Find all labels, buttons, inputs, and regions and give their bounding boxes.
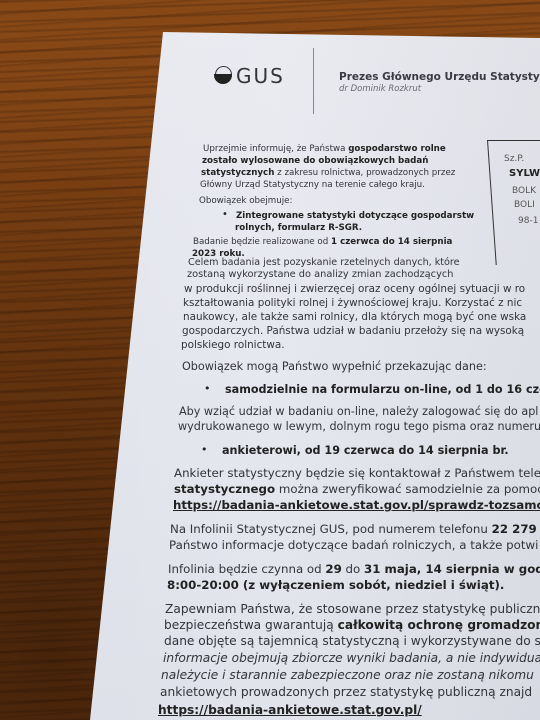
sender-name: dr Dominik Rozkrut bbox=[339, 84, 421, 94]
purpose-line-2: zostaną wykorzystane do analizy zmian za… bbox=[187, 269, 453, 281]
period-line-1: Badanie będzie realizowane od 1 czerwca … bbox=[193, 236, 452, 248]
intro-line-1: Uprzejmie informuję, że Państwa gospodar… bbox=[203, 143, 446, 155]
purpose-line-4: kształtowania polityki rolnej i żywności… bbox=[183, 296, 522, 310]
intro-line-2: zostało wylosowane do obowiązkowych bada… bbox=[202, 155, 428, 167]
purpose-line-3: w produkcji roślinnej i zwierzęcej oraz … bbox=[184, 282, 525, 296]
infoline-line-2: Państwo informacje dotyczące badań rolni… bbox=[169, 537, 538, 553]
sender-title: Prezes Głównego Urzędu Statystycznego bbox=[339, 71, 540, 83]
letter-content: GUS Prezes Głównego Urzędu Statystyczneg… bbox=[0, 0, 540, 720]
privacy-line-6: ankietowych prowadzonych przez statystyk… bbox=[160, 684, 532, 701]
gus-logo-icon bbox=[214, 66, 232, 86]
method-online-desc-1: Aby wziąć udział w badaniu on-line, nale… bbox=[179, 404, 538, 419]
privacy-line-2: bezpieczeństwa gwarantują całkowitą ochr… bbox=[164, 617, 540, 634]
address-line-1: BOLK bbox=[512, 186, 536, 196]
privacy-line-1: Zapewniam Państwa, że stosowane przez st… bbox=[165, 601, 540, 618]
interviewer-line-2: statystycznego można zweryfikować samodz… bbox=[174, 481, 540, 497]
intro-line-3: statystycznych z zakresu rolnictwa, prow… bbox=[201, 167, 455, 179]
purpose-line-7: polskiego rolnictwa. bbox=[181, 338, 285, 352]
header-divider bbox=[313, 48, 314, 114]
obligation-item-line-2: rolnych, formularz R-SGR. bbox=[235, 222, 362, 234]
survey-portal-link[interactable]: https://badania-ankietowe.stat.gov.pl/ bbox=[158, 702, 422, 719]
methods-label: Obowiązek mogą Państwo wypełnić przekazu… bbox=[182, 359, 487, 374]
purpose-line-6: gospodarczych. Państwa udział w badaniu … bbox=[182, 324, 524, 338]
privacy-line-3: dane objęte są tajemnicą statystyczną i … bbox=[164, 633, 540, 650]
logo-text: GUS bbox=[236, 64, 285, 88]
bullet: • bbox=[204, 382, 211, 395]
infoline-line-1: Na Infolinii Statystycznej GUS, pod nume… bbox=[170, 521, 540, 537]
obligation-item-line-1: Zintegrowane statystyki dotyczące gospod… bbox=[236, 210, 474, 222]
interviewer-line-1: Ankieter statystyczny będzie się kontakt… bbox=[174, 465, 540, 481]
hours-line-2: 8:00-20:00 (z wyłączeniem sobót, niedzie… bbox=[167, 577, 504, 593]
method-online: samodzielnie na formularzu on-line, od 1… bbox=[225, 382, 540, 397]
address-line-3: 98-1 bbox=[518, 216, 538, 226]
address-salutation: Sz.P. bbox=[504, 154, 524, 164]
hours-line-1: Infolinia będzie czynna od 29 do 31 maja… bbox=[168, 561, 540, 577]
method-interviewer: ankieterowi, od 19 czerwca do 14 sierpni… bbox=[222, 443, 509, 458]
intro-line-4: Główny Urząd Statystyczny na terenie cał… bbox=[200, 179, 425, 191]
bullet: • bbox=[201, 443, 208, 456]
purpose-line-5: naukowcy, ale także sami rolnicy, dla kt… bbox=[183, 310, 526, 324]
gus-logo: GUS bbox=[214, 64, 285, 88]
privacy-line-5: należycie i starannie zabezpieczone oraz… bbox=[161, 667, 534, 684]
method-online-desc-2: wydrukowanego w lewym, dolnym rogu tego … bbox=[178, 419, 540, 434]
address-line-2: BOLI bbox=[514, 200, 535, 210]
address-name: SYLW bbox=[509, 168, 540, 179]
privacy-line-4: informacje obejmują zbiorcze wyniki bada… bbox=[163, 650, 540, 667]
purpose-line-1: Celem badania jest pozyskanie rzetelnych… bbox=[188, 257, 460, 269]
identity-check-link[interactable]: https://badania-ankietowe.stat.gov.pl/sp… bbox=[173, 497, 540, 513]
bullet: • bbox=[222, 209, 228, 220]
obligation-label: Obowiązek obejmuje: bbox=[199, 195, 292, 207]
